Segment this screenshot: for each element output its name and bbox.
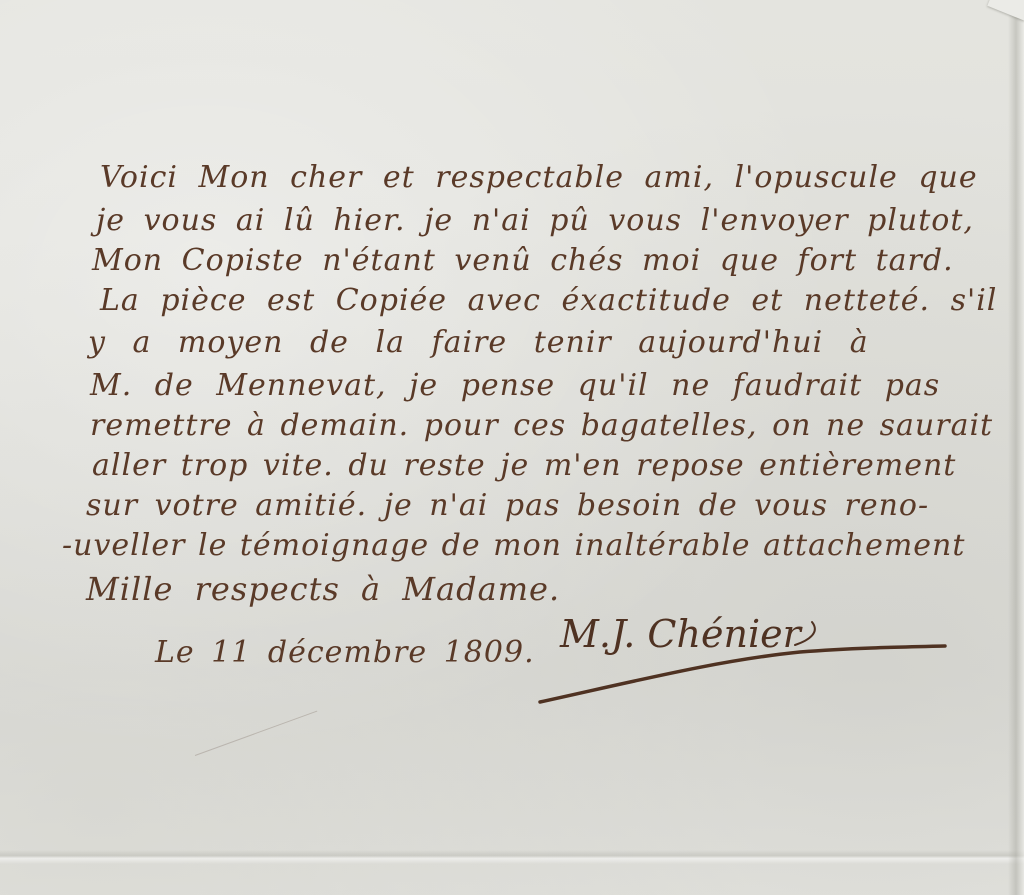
letter-body: Voici Mon cher et respectable ami, l'opu… [0,0,1024,895]
signature-flourish [0,0,1024,895]
